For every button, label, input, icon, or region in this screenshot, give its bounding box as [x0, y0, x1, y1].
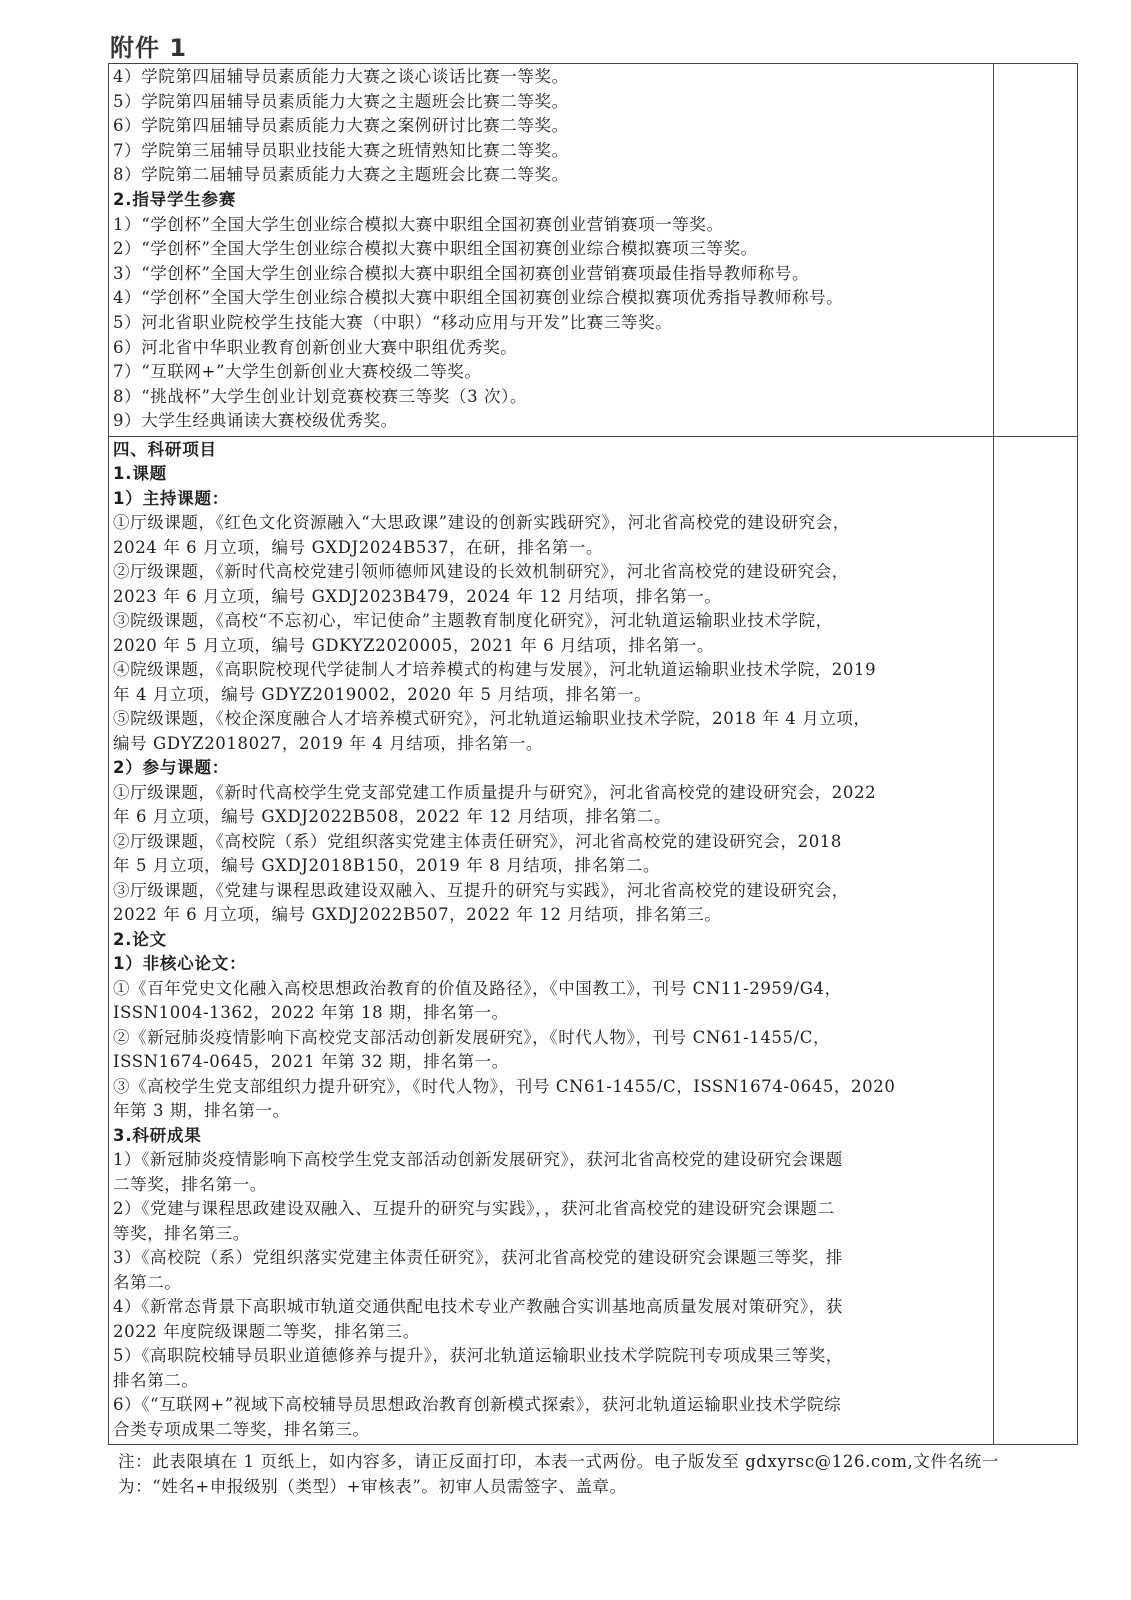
host-project-line: ②厅级课题，《新时代高校党建引领师德师风建设的长效机制研究》，河北省高校党的建设…	[113, 560, 989, 585]
host-project-line: 年 4 月立项，编号 GDYZ2019002，2020 年 5 月结项，排名第一…	[113, 683, 989, 708]
participate-project-line: ①厅级课题，《新时代高校学生党支部党建工作质量提升与研究》，河北省高校党的建设研…	[113, 781, 989, 806]
guide-item: 7）“互联网+”大学生创新创业大赛校级二等奖。	[113, 360, 989, 385]
participate-projects-heading: 2）参与课题：	[113, 756, 989, 781]
host-projects-heading: 1）主持课题：	[113, 487, 989, 512]
guide-item: 4）“学创杯”全国大学生创业综合模拟大赛中职组全国初赛创业综合模拟赛项优秀指导教…	[113, 286, 989, 311]
host-project-line: ④院级课题，《高职院校现代学徒制人才培养模式的构建与发展》，河北轨道运输职业技术…	[113, 658, 989, 683]
guide-item: 6）河北省中华职业教育创新创业大赛中职组优秀奖。	[113, 336, 989, 361]
result-line: 合类专项成果二等奖，排名第三。	[113, 1418, 989, 1443]
host-project-line: 2024 年 6 月立项，编号 GXDJ2024B537，在研，排名第一。	[113, 536, 989, 561]
participate-project-line: 2022 年 6 月立项，编号 GXDJ2022B507，2022 年 12 月…	[113, 903, 989, 928]
awards-row: 4）学院第四届辅导员素质能力大赛之谈心谈话比赛一等奖。 5）学院第四届辅导员素质…	[109, 64, 1078, 437]
guide-item: 9）大学生经典诵读大赛校级优秀奖。	[113, 409, 989, 434]
award-item: 4）学院第四届辅导员素质能力大赛之谈心谈话比赛一等奖。	[113, 65, 989, 90]
attachment-label: 附件 1	[110, 28, 187, 63]
host-project-line: ①厅级课题，《红色文化资源融入“大思政课”建设的创新实践研究》，河北省高校党的建…	[113, 511, 989, 536]
paper-line: ②《新冠肺炎疫情影响下高校党支部活动创新发展研究》，《时代人物》，刊号 CN61…	[113, 1026, 989, 1051]
host-project-line: 2020 年 5 月立项，编号 GDKYZ2020005，2021 年 6 月结…	[113, 634, 989, 659]
review-column-cell	[993, 64, 1077, 437]
research-results-heading: 3.科研成果	[113, 1124, 989, 1149]
result-line: 3）《高校院（系）党组织落实党建主体责任研究》，获河北省高校党的建设研究会课题三…	[113, 1246, 989, 1271]
participate-project-line: ②厅级课题，《高校院（系）党组织落实党建主体责任研究》，河北省高校党的建设研究会…	[113, 830, 989, 855]
result-line: 6）《“互联网+”视域下高校辅导员思想政治教育创新模式探索》，获河北轨道运输职业…	[113, 1393, 989, 1418]
paper-line: ③《高校学生党支部组织力提升研究》，《时代人物》，刊号 CN61-1455/C，…	[113, 1075, 989, 1100]
papers-heading: 2.论文	[113, 928, 989, 953]
noncore-papers-heading: 1）非核心论文：	[113, 952, 989, 977]
result-line: 1）《新冠肺炎疫情影响下高校学生党支部活动创新发展研究》，获河北省高校党的建设研…	[113, 1148, 989, 1173]
participate-project-line: 年 6 月立项，编号 GXDJ2022B508，2022 年 12 月结项，排名…	[113, 805, 989, 830]
guide-item: 3）“学创杯”全国大学生创业综合模拟大赛中职组全国初赛创业营销赛项最佳指导教师称…	[113, 262, 989, 287]
host-project-line: 2023 年 6 月立项，编号 GXDJ2023B479，2024 年 12 月…	[113, 585, 989, 610]
footer-note-line: 为：“姓名+申报级别（类型）+审核表”。初审人员需签字、盖章。	[118, 1475, 1098, 1500]
paper-line: ISSN1004-1362，2022 年第 18 期，排名第一。	[113, 1001, 989, 1026]
awards-cell: 4）学院第四届辅导员素质能力大赛之谈心谈话比赛一等奖。 5）学院第四届辅导员素质…	[109, 64, 994, 437]
guide-item: 1）“学创杯”全国大学生创业综合模拟大赛中职组全国初赛创业营销赛项一等奖。	[113, 213, 989, 238]
participate-project-line: 年 5 月立项，编号 GXDJ2018B150，2019 年 8 月结项，排名第…	[113, 854, 989, 879]
footer-note-line: 注：此表限填在 1 页纸上，如内容多，请正反面打印，本表一式两份。电子版发至 g…	[118, 1450, 1098, 1475]
result-line: 名第二。	[113, 1271, 989, 1296]
result-line: 4）《新常态背景下高职城市轨道交通供配电技术专业产教融合实训基地高质量发展对策研…	[113, 1295, 989, 1320]
footer-note: 注：此表限填在 1 页纸上，如内容多，请正反面打印，本表一式两份。电子版发至 g…	[118, 1450, 1098, 1499]
award-item: 5）学院第四届辅导员素质能力大赛之主题班会比赛二等奖。	[113, 90, 989, 115]
paper-line: ①《百年党史文化融入高校思想政治教育的价值及路径》，《中国教工》，刊号 CN11…	[113, 977, 989, 1002]
research-row: 四、科研项目 1.课题 1）主持课题： ①厅级课题，《红色文化资源融入“大思政课…	[109, 436, 1078, 1445]
projects-heading: 1.课题	[113, 462, 989, 487]
host-project-line: 编号 GDYZ2018027，2019 年 4 月结项，排名第一。	[113, 732, 989, 757]
host-project-line: ③院级课题，《高校“不忘初心，牢记使命”主题教育制度化研究》，河北轨道运输职业技…	[113, 609, 989, 634]
result-line: 排名第二。	[113, 1369, 989, 1394]
research-cell: 四、科研项目 1.课题 1）主持课题： ①厅级课题，《红色文化资源融入“大思政课…	[109, 436, 994, 1445]
award-item: 8）学院第二届辅导员素质能力大赛之主题班会比赛二等奖。	[113, 163, 989, 188]
guide-item: 8）“挑战杯”大学生创业计划竞赛校赛三等奖（3 次）。	[113, 385, 989, 410]
guide-item: 5）河北省职业院校学生技能大赛（中职）“移动应用与开发”比赛三等奖。	[113, 311, 989, 336]
section-title: 四、科研项目	[113, 438, 989, 463]
award-item: 7）学院第三届辅导员职业技能大赛之班情熟知比赛二等奖。	[113, 139, 989, 164]
review-form-table: 4）学院第四届辅导员素质能力大赛之谈心谈话比赛一等奖。 5）学院第四届辅导员素质…	[108, 63, 1078, 1445]
result-line: 5）《高职院校辅导员职业道德修养与提升》，获河北轨道运输职业技术学院院刊专项成果…	[113, 1344, 989, 1369]
guide-item: 2）“学创杯”全国大学生创业综合模拟大赛中职组全国初赛创业综合模拟赛项三等奖。	[113, 237, 989, 262]
award-item: 6）学院第四届辅导员素质能力大赛之案例研讨比赛二等奖。	[113, 114, 989, 139]
guide-students-heading: 2.指导学生参赛	[113, 188, 989, 213]
paper-line: ISSN1674-0645，2021 年第 32 期，排名第一。	[113, 1050, 989, 1075]
result-line: 2）《党建与课程思政建设双融入、互提升的研究与实践》，，获河北省高校党的建设研究…	[113, 1197, 989, 1222]
paper-line: 年第 3 期，排名第一。	[113, 1099, 989, 1124]
host-project-line: ⑤院级课题，《校企深度融合人才培养模式研究》，河北轨道运输职业技术学院，2018…	[113, 707, 989, 732]
result-line: 2022 年度院级课题二等奖，排名第三。	[113, 1320, 989, 1345]
result-line: 二等奖，排名第一。	[113, 1173, 989, 1198]
review-column-cell	[993, 436, 1077, 1445]
result-line: 等奖，排名第三。	[113, 1222, 989, 1247]
participate-project-line: ③厅级课题，《党建与课程思政建设双融入、互提升的研究与实践》，河北省高校党的建设…	[113, 879, 989, 904]
